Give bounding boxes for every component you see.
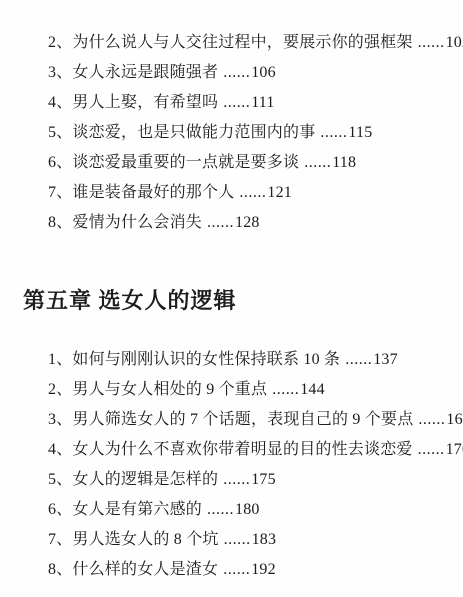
toc-list-chapter-five: 1、如何与刚刚认识的女性保持联系 10 条......137 2、男人与女人相处… bbox=[48, 345, 453, 585]
toc-entry-text: 2、男人与女人相处的 9 个重点 bbox=[48, 381, 267, 398]
toc-leader-dots: ...... bbox=[304, 154, 331, 171]
toc-entry: 3、男人筛选女人的 7 个话题，表现自己的 9 个要点......160 bbox=[48, 405, 453, 435]
toc-entry-text: 4、男人上娶，有希望吗 bbox=[48, 94, 218, 111]
toc-entry-text: 6、谈恋爱最重要的一点就是要多谈 bbox=[48, 154, 299, 171]
toc-page-number: 160 bbox=[446, 411, 463, 428]
toc-entry-text: 3、女人永远是跟随强者 bbox=[48, 64, 218, 81]
toc-page-number: 128 bbox=[235, 214, 260, 231]
toc-page-number: 111 bbox=[251, 94, 274, 111]
chapter-heading: 第五章 选女人的逻辑 bbox=[23, 286, 237, 316]
toc-page-number: 144 bbox=[300, 381, 325, 398]
toc-leader-dots: ...... bbox=[223, 94, 250, 111]
toc-page-number: 175 bbox=[251, 471, 276, 488]
toc-page-number: 183 bbox=[252, 531, 277, 548]
toc-entry-text: 1、如何与刚刚认识的女性保持联系 10 条 bbox=[48, 351, 340, 368]
toc-leader-dots: ...... bbox=[223, 64, 250, 81]
toc-entry: 2、男人与女人相处的 9 个重点......144 bbox=[48, 375, 453, 405]
toc-leader-dots: ...... bbox=[320, 124, 347, 141]
toc-leader-dots: ...... bbox=[418, 34, 445, 51]
toc-leader-dots: ...... bbox=[224, 531, 251, 548]
toc-entry: 8、爱情为什么会消失......128 bbox=[48, 208, 453, 238]
toc-entry-text: 7、男人选女人的 8 个坑 bbox=[48, 531, 219, 548]
toc-entry: 3、女人永远是跟随强者......106 bbox=[48, 58, 453, 88]
toc-entry-text: 6、女人是有第六感的 bbox=[48, 501, 202, 518]
toc-entry: 5、谈恋爱，也是只做能力范围内的事......115 bbox=[48, 118, 453, 148]
toc-entry-text: 7、谁是装备最好的那个人 bbox=[48, 184, 234, 201]
toc-page-number: 121 bbox=[267, 184, 292, 201]
toc-leader-dots: ...... bbox=[418, 411, 445, 428]
toc-page-number: 180 bbox=[235, 501, 260, 518]
toc-entry: 6、谈恋爱最重要的一点就是要多谈......118 bbox=[48, 148, 453, 178]
toc-entry: 8、什么样的女人是渣女......192 bbox=[48, 555, 453, 585]
toc-leader-dots: ...... bbox=[239, 184, 266, 201]
toc-leader-dots: ...... bbox=[345, 351, 372, 368]
toc-entry: 7、谁是装备最好的那个人......121 bbox=[48, 178, 453, 208]
toc-list-previous-chapter: 2、为什么说人与人交往过程中，要展示你的强框架......102 3、女人永远是… bbox=[48, 28, 453, 238]
toc-page-number: 192 bbox=[251, 561, 276, 578]
toc-page-number: 115 bbox=[348, 124, 372, 141]
toc-entry-text: 8、爱情为什么会消失 bbox=[48, 214, 202, 231]
toc-entry: 4、女人为什么不喜欢你带着明显的目的性去谈恋爱......170 bbox=[48, 435, 453, 465]
toc-leader-dots: ...... bbox=[207, 501, 234, 518]
toc-page-number: 170 bbox=[446, 441, 463, 458]
toc-entry: 4、男人上娶，有希望吗......111 bbox=[48, 88, 453, 118]
toc-entry: 2、为什么说人与人交往过程中，要展示你的强框架......102 bbox=[48, 28, 453, 58]
toc-entry: 7、男人选女人的 8 个坑......183 bbox=[48, 525, 453, 555]
toc-entry-text: 5、女人的逻辑是怎样的 bbox=[48, 471, 218, 488]
toc-page-number: 137 bbox=[373, 351, 398, 368]
toc-entry-text: 4、女人为什么不喜欢你带着明显的目的性去谈恋爱 bbox=[48, 441, 413, 458]
toc-entry-text: 2、为什么说人与人交往过程中，要展示你的强框架 bbox=[48, 34, 413, 51]
toc-leader-dots: ...... bbox=[223, 561, 250, 578]
toc-page-number: 118 bbox=[332, 154, 356, 171]
toc-leader-dots: ...... bbox=[223, 471, 250, 488]
toc-leader-dots: ...... bbox=[272, 381, 299, 398]
toc-page-number: 102 bbox=[446, 34, 463, 51]
toc-entry-text: 5、谈恋爱，也是只做能力范围内的事 bbox=[48, 124, 315, 141]
toc-entry-text: 3、男人筛选女人的 7 个话题，表现自己的 9 个要点 bbox=[48, 411, 413, 428]
toc-entry-text: 8、什么样的女人是渣女 bbox=[48, 561, 218, 578]
toc-entry: 1、如何与刚刚认识的女性保持联系 10 条......137 bbox=[48, 345, 453, 375]
toc-entry: 5、女人的逻辑是怎样的......175 bbox=[48, 465, 453, 495]
toc-leader-dots: ...... bbox=[207, 214, 234, 231]
toc-leader-dots: ...... bbox=[418, 441, 445, 458]
toc-page-number: 106 bbox=[251, 64, 276, 81]
toc-entry: 6、女人是有第六感的......180 bbox=[48, 495, 453, 525]
